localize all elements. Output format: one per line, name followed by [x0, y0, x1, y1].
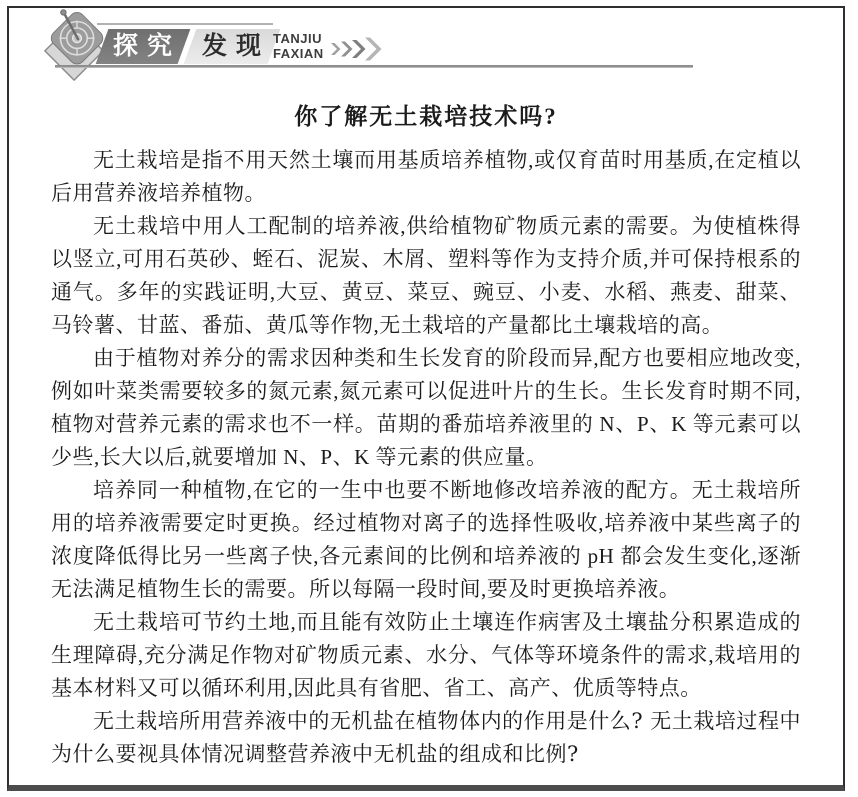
banner-pinyin: TANJIU FAXIAN: [273, 31, 324, 61]
paragraph-5: 无土栽培可节约土地,而且能有效防止土壤连作病害及土壤盐分积累造成的生理障碍,充分…: [51, 606, 801, 705]
banner-pinyin-line1: TANJIU: [273, 31, 324, 46]
page: 探究 发现 TANJIU FAXIAN 你了解无土栽培技术吗? 无土栽培是指不用…: [0, 0, 858, 797]
banner-tab-faxian: 发现: [184, 29, 281, 64]
question-paragraph: 无土栽培所用营养液中的无机盐在植物体内的作用是什么? 无土栽培过程中为什么要视具…: [51, 705, 801, 771]
chevrons-right-icon: [329, 34, 385, 64]
paragraph-3: 由于植物对养分的需求因种类和生长发育的阶段而异,配方也要相应地改变,例如叶菜类需…: [51, 342, 801, 474]
header-rule: [55, 65, 693, 68]
article: 你了解无土栽培技术吗? 无土栽培是指不用天然土壤而用基质培养植物,或仅育苗时用基…: [9, 98, 843, 771]
section-header: 探究 发现 TANJIU FAXIAN: [9, 8, 843, 88]
banner-tab-tanjiu-label: 探究: [104, 34, 181, 59]
banner-pinyin-line2: FAXIAN: [273, 46, 324, 61]
banner-top-edge: [97, 23, 273, 25]
paragraph-2: 无土栽培中用人工配制的培养液,供给植物矿物质元素的需要。为使植株得以竖立,可用石…: [51, 210, 801, 342]
paragraph-1: 无土栽培是指不用天然土壤而用基质培养植物,或仅育苗时用基质,在定植以后用营养液培…: [51, 144, 801, 210]
banner-tab-tanjiu: 探究: [96, 29, 191, 64]
banner-tab-faxian-label: 发现: [193, 34, 270, 59]
paragraph-4: 培养同一种植物,在它的一生中也要不断地修改培养液的配方。无土栽培所用的培养液需要…: [51, 474, 801, 606]
page-frame: 探究 发现 TANJIU FAXIAN 你了解无土栽培技术吗? 无土栽培是指不用…: [7, 6, 845, 791]
article-title: 你了解无土栽培技术吗?: [51, 98, 801, 131]
